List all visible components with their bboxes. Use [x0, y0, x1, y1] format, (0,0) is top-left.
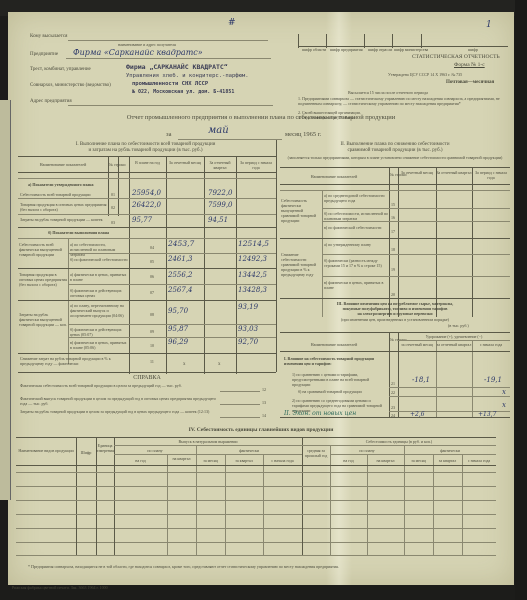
corner-mark: # — [228, 20, 236, 26]
s1-row02-no: 02 — [111, 205, 115, 210]
report-title: Отчет промышленного предприятия о выполн… — [8, 115, 514, 121]
s4-cost-plan-quarter: на квартал — [367, 458, 404, 463]
section3-title-3: на электроэнергию и грузовые перевозки — [280, 311, 510, 316]
s2-row18-label: а) по утвержденному плану — [324, 242, 388, 247]
s1-group-cost-per-ruble: Затраты на рубль фактически выпущенной т… — [19, 312, 67, 327]
s4-fact: фактически — [196, 448, 302, 453]
za-label: за — [166, 132, 171, 138]
s1-row03-label: Затраты на рубль товарной продукции — ко… — [20, 217, 108, 222]
s1-row07-no: 07 — [150, 290, 154, 295]
code-region: шифр области — [302, 47, 326, 52]
s1-row06-no: 06 — [150, 274, 154, 279]
s1-row08-ytd: 93,19 — [238, 304, 258, 310]
s1-row10-no: 10 — [150, 343, 154, 348]
s1-row01-label: Себестоимость всей товарной продукции — [20, 192, 91, 197]
s1-row07-month: 2567,4 — [168, 287, 193, 293]
s4-avg-prev: средняя за прошлый год — [302, 448, 330, 458]
s3-h-ytd: с начала года — [472, 342, 510, 347]
s1-row04-no: 04 — [150, 245, 154, 250]
enterprise-handwritten: Фирма «Сарканайс квадратс» — [73, 48, 203, 57]
s1-row02-quarter: 7599,0 — [208, 202, 233, 208]
s3-h-name: Наименование показателей — [280, 342, 388, 347]
s1-row01-quarter: 7922,0 — [208, 190, 233, 196]
s4-fact-month: за месяц — [196, 458, 225, 463]
s2-row20-label: в) фактически в ценах, принятых в плане — [324, 280, 388, 290]
s4-cost-fact-month: за месяц — [404, 458, 433, 463]
s2-row17-label: в) по фактической себестоимости — [324, 225, 388, 230]
s4-h-name: Наименование видов продукции — [16, 448, 76, 453]
s1-row08-label: а) по плану, пересчитанному на фактическ… — [70, 303, 128, 318]
s3-h-change: Удорожание (+), удешевление (−) — [398, 334, 510, 339]
s3-row22-label: б) на сравнимой товарной продукции — [298, 389, 362, 394]
s4-output-group: Выпуск в натуральном выражении — [114, 439, 302, 444]
deadline: Высылается 15 числа после отчетного пери… — [348, 90, 428, 95]
s4-plan-quarter: на квартал — [167, 456, 196, 461]
form-number: Форма № 1-с — [454, 62, 485, 68]
section2-title-2: сравнимой товарной продукции (в тыс. руб… — [280, 148, 510, 154]
s1-row09-ytd: 93,03 — [238, 326, 258, 332]
stamp-line-2: Управления хлеб. и кондитерс.-парфюм. — [126, 73, 249, 79]
s1-row04-ytd: 12514,5 — [238, 241, 269, 247]
s1-group-a: а) Показатели утвержденного плана — [28, 182, 93, 187]
stamp-line-3: промышленности СНХ ЛССР — [132, 81, 208, 87]
stat-reporting: СТАТИСТИЧЕСКАЯ ОТЧЕТНОСТЬ — [412, 54, 500, 60]
stamp-line-1: Фирма „САРКАНАЙС КВАДРАТС“ — [126, 64, 228, 71]
section4-title: IV. Себестоимость единицы главнейших вид… — [8, 427, 514, 433]
spravka-row14-no: 14 — [262, 413, 266, 418]
s1-row08-month: 95,70 — [168, 308, 188, 314]
s4-plan: по плану — [114, 448, 196, 453]
s1-row02-label: Товарная продукция в оптовых ценах предп… — [20, 202, 108, 212]
s2-row19-no: 19 — [391, 267, 395, 272]
s4-cost-fact: фактически — [404, 448, 496, 453]
s1-row03-year: 95,77 — [132, 217, 152, 223]
approved-by: Утверждена ЦСУ СССР 14 X 1963 г. № 735 — [388, 72, 462, 77]
s1-row01-year: 25954,0 — [132, 190, 161, 196]
s3-intro: I. Влияние на себестоимость товарной про… — [284, 356, 384, 366]
s1-row04-label: а) по себестоимости, исчисленной по план… — [70, 242, 128, 257]
month-year-label: месяц 1965 г. — [285, 132, 321, 138]
s4-cost-plan: по плану — [330, 448, 404, 453]
s1-row09-month: 95,87 — [168, 326, 188, 332]
spravka-row12-no: 12 — [262, 387, 266, 392]
s1-h-quarter: За отчетный квартал — [204, 160, 236, 170]
s4-fact-ytd: с начала года — [263, 458, 302, 463]
s1-row05-label: б) по фактической себестоимости — [70, 257, 128, 262]
s1-row09-label: б) фактически в действующих ценах (05:07… — [70, 327, 128, 337]
s1-h-ytd: За период с начала года — [236, 160, 276, 170]
s2-row15-label: а) по среднегодовой себестоимости предыд… — [324, 193, 388, 203]
s2-h-ytd: За период с начала года — [472, 170, 510, 180]
s1-row10-ytd: 92,70 — [238, 339, 258, 345]
form-page: Кому высылается наименование и адрес пол… — [8, 12, 514, 585]
stamp-line-4: № 022, Московская ул. дом. Б-41851 — [132, 89, 234, 95]
s1-row11-no: 11 — [150, 359, 154, 364]
s1-row06-month: 2556,2 — [168, 272, 193, 278]
footer-note: * Предприятия совнархоза, находящиеся не… — [28, 564, 339, 569]
s3-h-month: за отчетный месяц — [398, 342, 436, 347]
spravka-title: СПРАВКА — [18, 375, 276, 381]
s1-row05-no: 05 — [150, 259, 154, 264]
s4-cost-fact-ytd: с начала года — [462, 458, 496, 463]
s3-row22-ytd: x — [502, 389, 506, 395]
s2-row20-no: 20 — [391, 292, 395, 297]
s4-cost-plan-year: на год — [330, 458, 367, 463]
section1-title-2: и затратам на рубль товарной продукции (… — [18, 148, 273, 154]
section2-note: (заполняется только предприятиями, котор… — [280, 155, 510, 160]
scan-border-right — [515, 0, 527, 600]
s3-row23-ytd: x — [502, 402, 506, 408]
s2-h-name: Наименование показателей — [280, 174, 388, 179]
s2-h-month: За отчетный месяц — [398, 170, 436, 175]
s2-row18-no: 18 — [391, 247, 395, 252]
printer-info: Рижская фабрика цветной печати. Зак. 366… — [12, 585, 108, 590]
s1-row05-ytd: 12492,3 — [238, 256, 267, 262]
adjacent-page-edge — [0, 100, 11, 500]
s2-group1: Себестоимость фактически выпущенной срав… — [281, 198, 321, 223]
code-branch: шифр отрасли — [368, 47, 392, 52]
s1-row08-no: 08 — [150, 312, 154, 317]
page-number: 1 — [486, 22, 492, 28]
s1-row10-label: в) фактически в ценах, принятых в плане … — [70, 340, 128, 350]
s4-cost-fact-quarter: за квартал — [433, 458, 462, 463]
s3-row21-month: -18,1 — [412, 377, 430, 383]
s4-plan-year: на год — [114, 458, 167, 463]
enterprise-label: Предприятие — [30, 52, 58, 58]
code-cipher: шифр — [468, 47, 478, 52]
s1-row09-no: 09 — [150, 329, 154, 334]
s1-h-year: В плане на год — [129, 160, 166, 165]
s1-row06-label: а) фактически в ценах, принятых в плане — [70, 272, 128, 282]
s1-row04-month: 2453,7 — [168, 241, 194, 247]
s1-group-b: б) Показатели выполнения плана — [48, 230, 109, 235]
s3-h-quarter: за отчетный квартал — [436, 342, 472, 347]
recipient-1: 1. Предприятиями совнархоза — статистиче… — [298, 96, 503, 106]
month-value: май — [208, 125, 229, 136]
trust-label: Трест, комбинат, управление — [30, 67, 91, 73]
s1-h-name: Наименование показателей — [18, 162, 108, 167]
s1-row10-month: 96,29 — [168, 339, 188, 345]
spravka-row13-no: 13 — [262, 400, 266, 405]
s2-group2: Снижение себестоимости сравнимой товарно… — [281, 252, 321, 277]
s3-row23-no: 23 — [391, 405, 395, 410]
section3-unit: (в тыс. руб.) — [448, 323, 469, 328]
report-period: Почтовая—месячная — [446, 80, 494, 86]
s2-row16-no: 16 — [391, 215, 395, 220]
s1-row03-quarter: 94,51 — [208, 217, 228, 223]
s2-h-quarter: За отчетный квартал — [436, 170, 472, 175]
s1-h-no: № строки — [109, 162, 125, 167]
code-enterprise: шифр предприятия — [330, 47, 363, 52]
s1-row07-ytd: 13428,3 — [238, 287, 267, 293]
s2-row19-label: б) фактически (разность между строками 1… — [324, 258, 388, 268]
s2-row15-no: 15 — [391, 202, 395, 207]
s1-row03-no: 03 — [111, 220, 115, 225]
s1-group-output: Товарная продукция в оптовых ценах предп… — [19, 272, 67, 287]
s1-row06-ytd: 13442,5 — [238, 272, 267, 278]
ministry-label: Совнархоз, министерство (ведомство) — [30, 83, 111, 89]
s4-h-unit: Единица измерения — [96, 443, 114, 453]
spravka-row12: Фактическая себестоимость всей товарной … — [20, 383, 220, 388]
s3-row21-label: 1) по сравнению с ценами и тарифами, пре… — [292, 372, 386, 387]
s3-row21-no: 21 — [391, 381, 395, 386]
s1-row01-no: 01 — [111, 192, 115, 197]
s1-row11-month: x — [183, 362, 186, 368]
s1-row02-year: 26422,0 — [132, 202, 161, 208]
s4-fact-quarter: за квартал — [225, 458, 263, 463]
section3-title-4: (при изменении цен, произведенных в уста… — [280, 317, 510, 322]
s1-row07-label: б) фактически в действующих оптовых цена… — [70, 288, 128, 298]
code-ministry: шифр министерства — [394, 47, 428, 52]
s1-group-cost: Себестоимость всей фактически выпущенной… — [19, 242, 67, 257]
s3-row22-no: 22 — [391, 390, 395, 395]
s2-row17-no: 17 — [391, 229, 395, 234]
recipient-sublabel: наименование и адрес получателя — [118, 42, 176, 47]
s4-cost-group: Себестоимость единицы (в руб. и коп.) — [302, 439, 496, 444]
address-label: Адрес предприятия — [30, 99, 72, 105]
s4-h-code: Шифр — [76, 450, 96, 455]
s1-row05-month: 2461,3 — [168, 256, 193, 262]
spravka-row13: Фактический выпуск товарной продукции в … — [20, 396, 220, 406]
s1-h-month: За отчетный месяц — [166, 160, 204, 165]
s3-row21-ytd: -19,1 — [484, 377, 502, 383]
spravka-row14: Затраты на рубль товарной продукции в це… — [20, 409, 220, 414]
recipient-label: Кому высылается — [30, 34, 67, 40]
s1-row11-label: Снижение затрат на рубль товарной продук… — [20, 356, 128, 366]
s1-row11-quarter: x — [218, 362, 221, 368]
s2-row16-label: б) по себестоимости, исчисленной по план… — [324, 211, 388, 221]
